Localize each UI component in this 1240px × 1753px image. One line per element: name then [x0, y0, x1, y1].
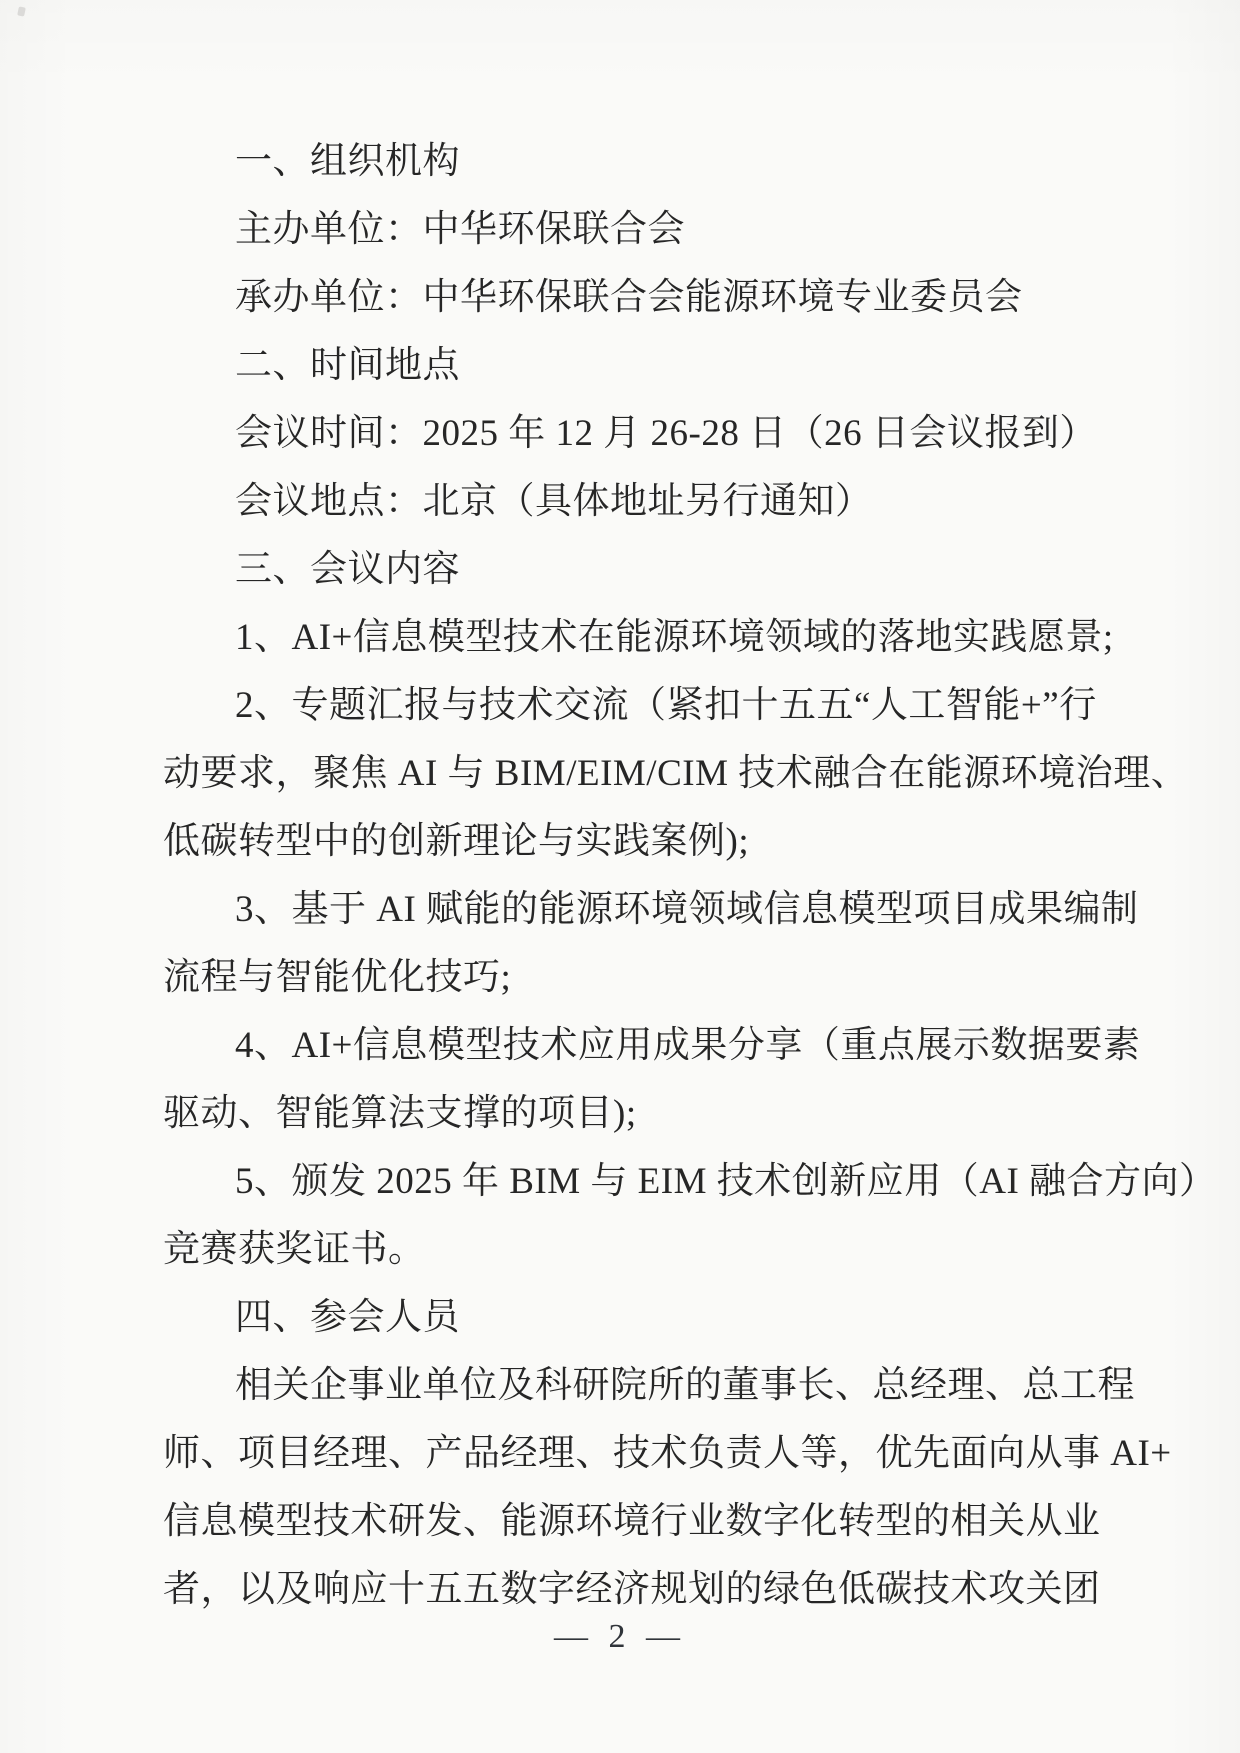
scan-artifact-speck: [17, 6, 26, 16]
doc-line: 驱动、智能算法支撑的项目);: [163, 1080, 1093, 1148]
doc-line: 师、项目经理、产品经理、技术负责人等，优先面向从事 AI+: [163, 1420, 1093, 1488]
doc-line: 二、时间地点: [163, 332, 1093, 400]
document-body: 一、组织机构主办单位：中华环保联合会承办单位：中华环保联合会能源环境专业委员会二…: [163, 128, 1093, 1624]
doc-line: 流程与智能优化技巧;: [163, 944, 1093, 1012]
doc-line: 主办单位：中华环保联合会: [163, 196, 1093, 264]
doc-line: 3、基于 AI 赋能的能源环境领域信息模型项目成果编制: [163, 876, 1093, 944]
doc-line: 三、会议内容: [163, 536, 1093, 604]
doc-line: 一、组织机构: [163, 128, 1093, 196]
doc-line: 竞赛获奖证书。: [163, 1216, 1093, 1284]
doc-line: 1、AI+信息模型技术在能源环境领域的落地实践愿景;: [163, 604, 1093, 672]
doc-line: 5、颁发 2025 年 BIM 与 EIM 技术创新应用（AI 融合方向）: [163, 1148, 1093, 1216]
doc-line: 相关企事业单位及科研院所的董事长、总经理、总工程: [163, 1352, 1093, 1420]
doc-line: 承办单位：中华环保联合会能源环境专业委员会: [163, 264, 1093, 332]
doc-line: 会议时间：2025 年 12 月 26-28 日（26 日会议报到）: [163, 400, 1093, 468]
doc-line: 低碳转型中的创新理论与实践案例);: [163, 808, 1093, 876]
doc-line: 四、参会人员: [163, 1284, 1093, 1352]
doc-line: 4、AI+信息模型技术应用成果分享（重点展示数据要素: [163, 1012, 1093, 1080]
page-number: — 2 —: [0, 1618, 1240, 1656]
scanned-document-page: 一、组织机构主办单位：中华环保联合会承办单位：中华环保联合会能源环境专业委员会二…: [0, 0, 1240, 1753]
doc-line: 信息模型技术研发、能源环境行业数字化转型的相关从业: [163, 1488, 1093, 1556]
doc-line: 者，以及响应十五五数字经济规划的绿色低碳技术攻关团: [163, 1556, 1093, 1624]
doc-line: 动要求，聚焦 AI 与 BIM/EIM/CIM 技术融合在能源环境治理、: [163, 740, 1093, 808]
doc-line: 2、专题汇报与技术交流（紧扣十五五“人工智能+”行: [163, 672, 1093, 740]
doc-line: 会议地点：北京（具体地址另行通知）: [163, 468, 1093, 536]
